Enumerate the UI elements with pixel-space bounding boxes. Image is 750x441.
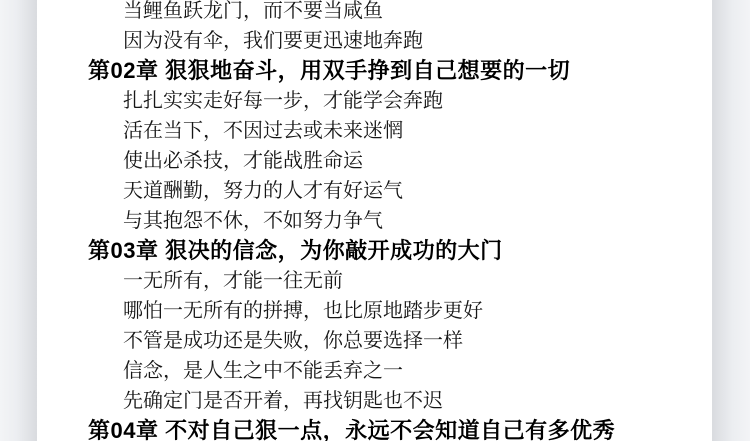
- page-shadow-gutter-left: [0, 0, 37, 441]
- toc-entry: 一无所有，才能一往无前: [37, 266, 712, 296]
- toc-entry: 不管是成功还是失败，你总要选择一样: [37, 326, 712, 356]
- chapter-heading: 第02章 狠狠地奋斗，用双手挣到自己想要的一切: [37, 56, 712, 86]
- toc-entry: 扎扎实实走好每一步，才能学会奔跑: [37, 86, 712, 116]
- toc-entry: 哪怕一无所有的拼搏，也比原地踏步更好: [37, 296, 712, 326]
- book-toc-page: 当鲤鱼跃龙门，而不要当咸鱼因为没有伞，我们要更迅速地奔跑第02章 狠狠地奋斗，用…: [37, 0, 712, 441]
- toc-entry: 天道酬勤，努力的人才有好运气: [37, 176, 712, 206]
- toc-entry: 活在当下，不因过去或未来迷惘: [37, 116, 712, 146]
- table-of-contents: 当鲤鱼跃龙门，而不要当咸鱼因为没有伞，我们要更迅速地奔跑第02章 狠狠地奋斗，用…: [37, 0, 712, 441]
- toc-entry: 与其抱怨不休，不如努力争气: [37, 206, 712, 236]
- chapter-heading: 第04章 不对自己狠一点，永远不会知道自己有多优秀: [37, 416, 712, 441]
- toc-entry: 当鲤鱼跃龙门，而不要当咸鱼: [37, 0, 712, 26]
- toc-entry: 使出必杀技，才能战胜命运: [37, 146, 712, 176]
- chapter-heading: 第03章 狠决的信念，为你敲开成功的大门: [37, 236, 712, 266]
- book-toc-screenshot: { "page": { "background": "#ffffff", "it…: [0, 0, 750, 441]
- page-shadow-gutter-right: [712, 0, 750, 441]
- toc-entry: 信念，是人生之中不能丢弃之一: [37, 356, 712, 386]
- toc-entry: 先确定门是否开着，再找钥匙也不迟: [37, 386, 712, 416]
- toc-entry: 因为没有伞，我们要更迅速地奔跑: [37, 26, 712, 56]
